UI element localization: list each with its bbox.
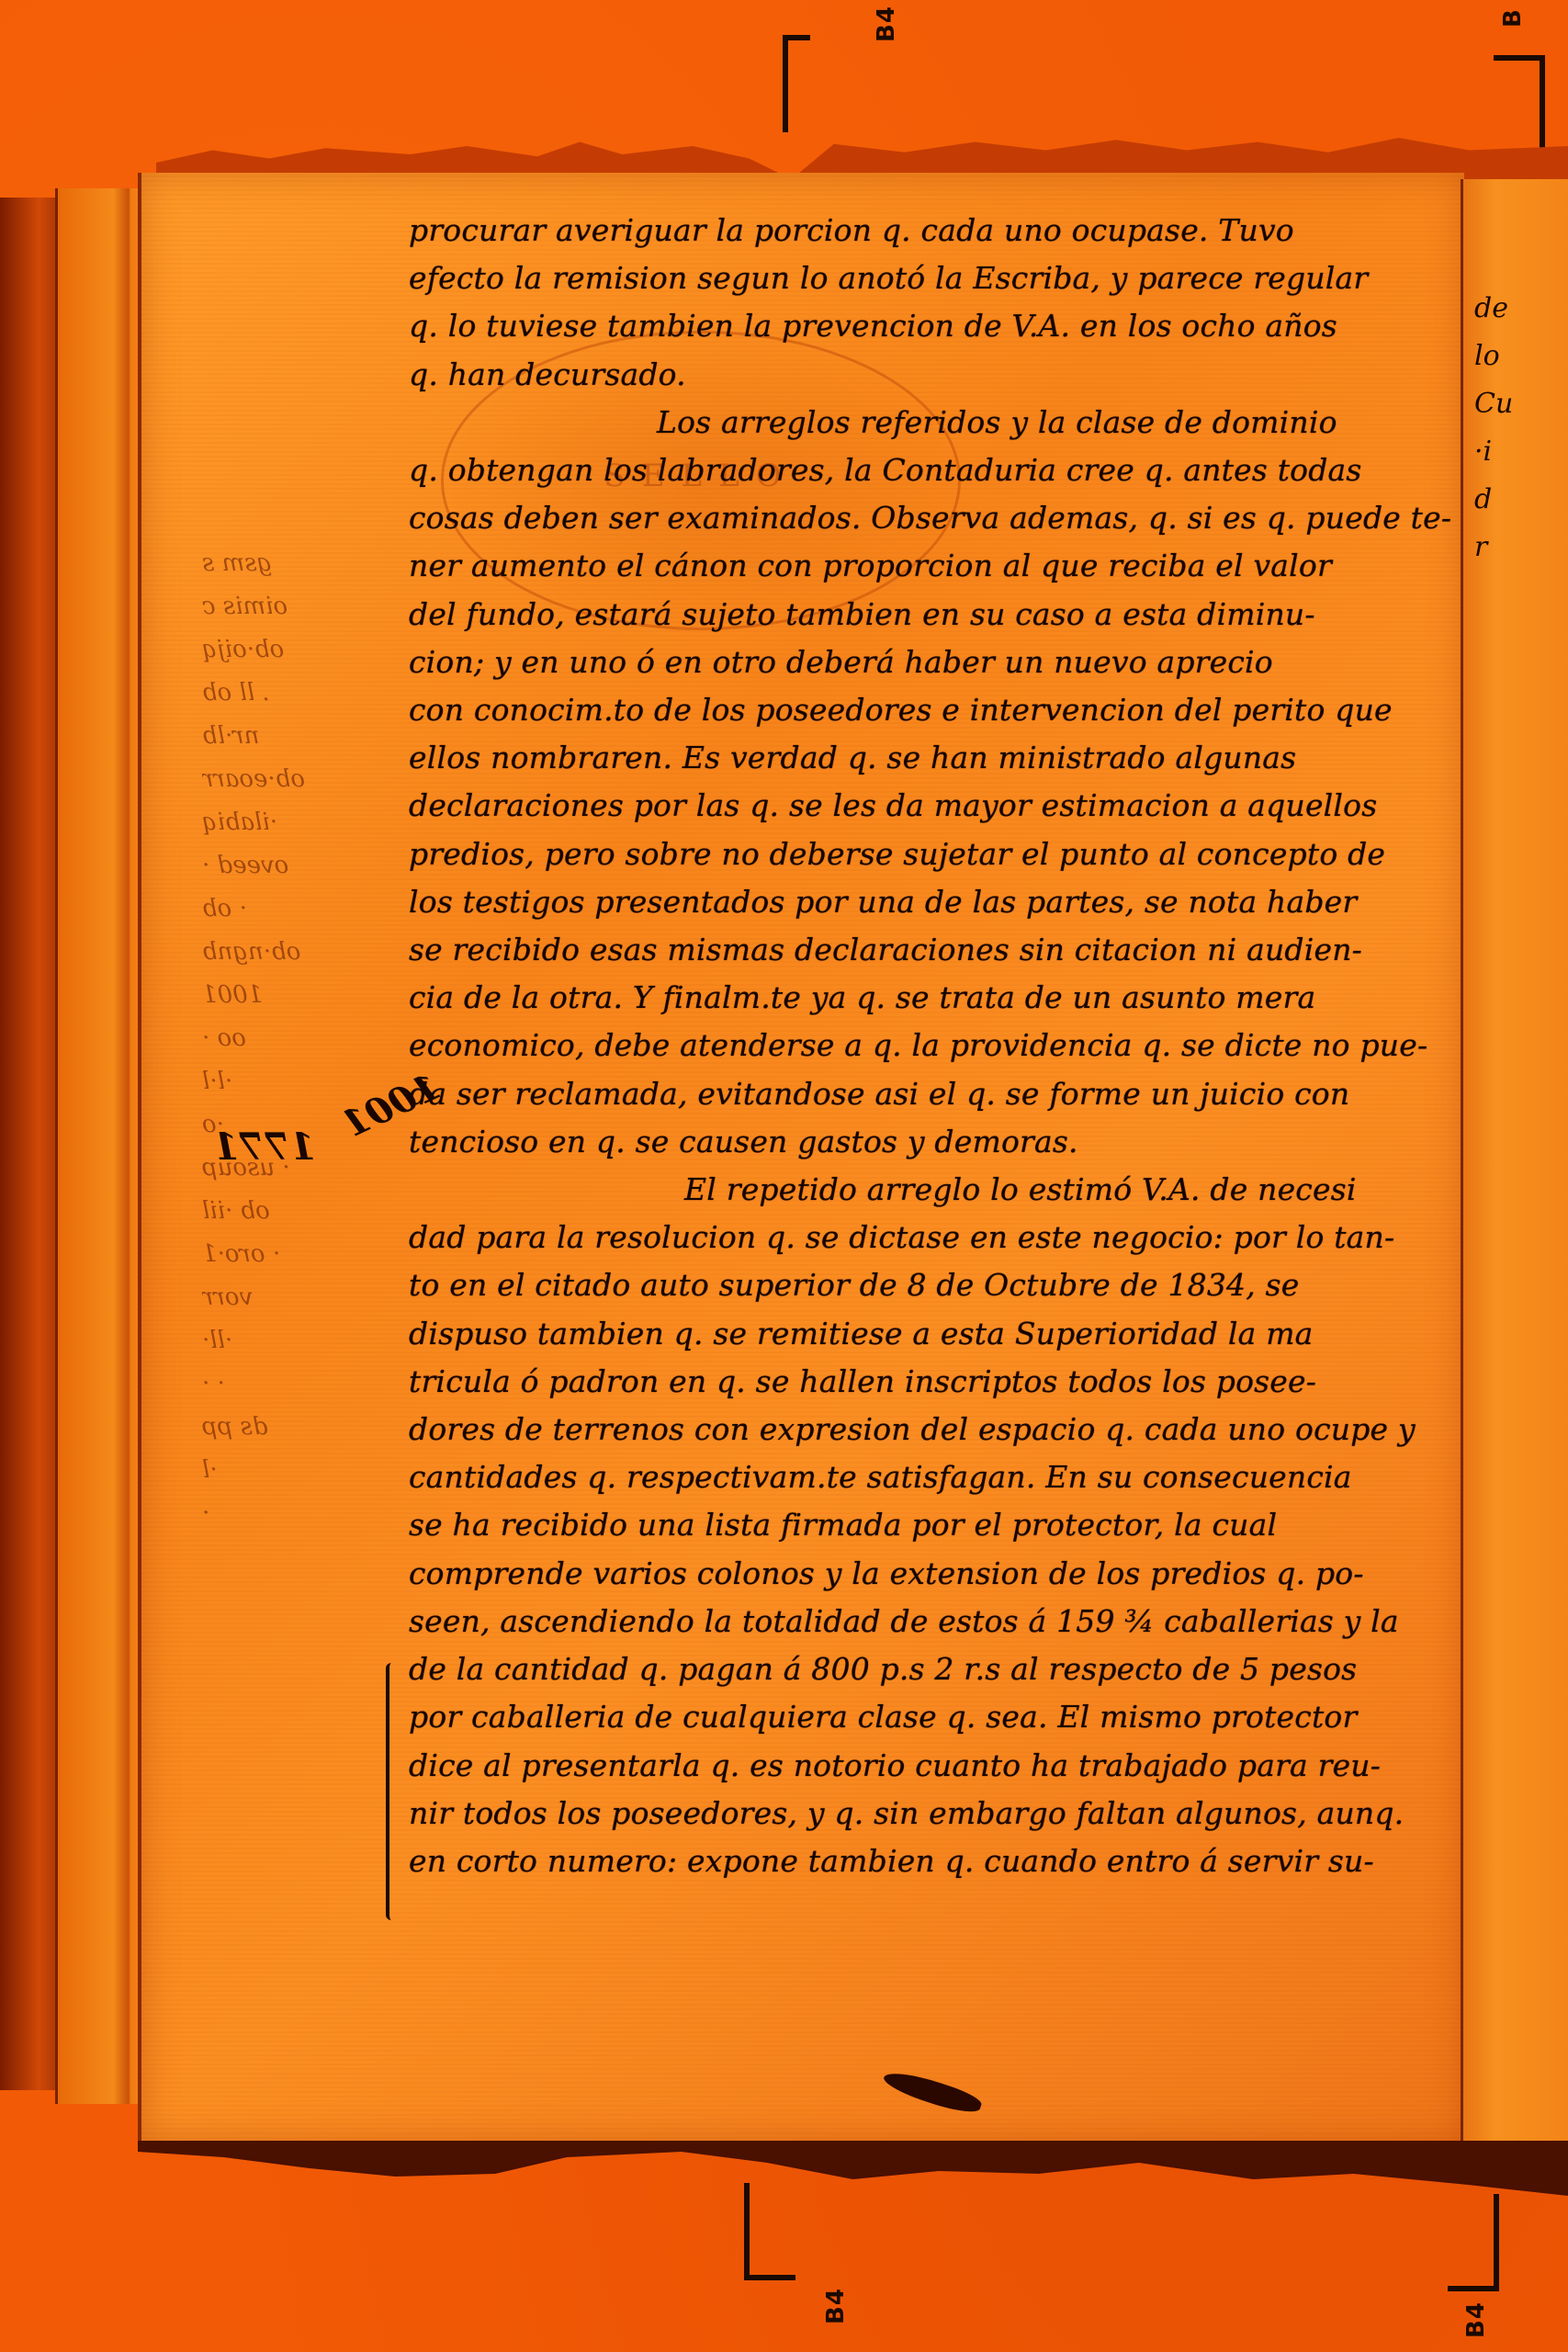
crop-mark-bottom-left: [744, 2183, 795, 2280]
bleed-line: ·l: [202, 1449, 441, 1492]
text-line: dice al presentarla q. es notorio cuanto…: [409, 1742, 1456, 1790]
text-line: cia de la otra. Y finalm.te ya q. se tra…: [409, 974, 1456, 1022]
crop-label-bottom-right: B4: [1462, 2301, 1490, 2338]
text-line: procurar averiguar la porcion q. cada un…: [409, 207, 1456, 254]
bleed-line: ob·oijq: [202, 628, 441, 672]
crop-mark-top-right: [1494, 55, 1545, 153]
bleed-line: gsm s: [202, 542, 441, 585]
text-line: declaraciones por las q. se les da mayor…: [409, 782, 1456, 830]
bleed-line: ds pp: [202, 1406, 441, 1449]
facing-fragment: r: [1474, 524, 1566, 571]
bleed-line: oimis c: [202, 585, 441, 628]
facing-page-text: de lo Cu ·i d r: [1474, 285, 1566, 571]
paragraph-start-line: Los arreglos referidos y la clase de dom…: [409, 399, 1456, 447]
bleed-line: · oro·1: [202, 1233, 441, 1276]
bleed-line: ·: [202, 1492, 441, 1535]
text-line: ellos nombraren. Es verdad q. se han min…: [409, 734, 1456, 782]
facing-fragment: Cu: [1474, 380, 1566, 428]
text-line: dispuso tambien q. se remitiese a esta S…: [409, 1310, 1456, 1358]
bleed-line: vorr: [202, 1276, 441, 1319]
text-line: cion; y en uno ó en otro deberá haber un…: [409, 639, 1456, 686]
bleed-line: · ·: [202, 1363, 441, 1406]
text-line: predios, pero sobre no deberse sujetar e…: [409, 831, 1456, 878]
text-line: ner aumento el cánon con proporcion al q…: [409, 542, 1456, 590]
facing-fragment: lo: [1474, 333, 1566, 380]
manuscript-text: procurar averiguar la porcion q. cada un…: [409, 207, 1456, 1885]
bleed-line: ·ll·: [202, 1319, 441, 1363]
text-line: se ha recibido una lista firmada por el …: [409, 1501, 1456, 1549]
text-line: tencioso en q. se causen gastos y demora…: [409, 1118, 1456, 1166]
text-line: dad para la resolucion q. se dictase en …: [409, 1214, 1456, 1261]
text-line: cantidades q. respectivam.te satisfagan.…: [409, 1453, 1456, 1501]
bleed-line: ob ·iil: [202, 1190, 441, 1233]
bleed-line: ob·eoarr: [202, 758, 441, 801]
bleed-line: · ob: [202, 888, 441, 931]
text-line: economico, debe atenderse a q. la provid…: [409, 1022, 1456, 1069]
facing-fragment: d: [1474, 476, 1566, 524]
facing-fragment: ·i: [1474, 428, 1566, 476]
crop-label-top-right: B: [1499, 8, 1527, 28]
text-line: de la cantidad q. pagan á 800 p.s 2 r.s …: [409, 1645, 1456, 1693]
text-line: nir todos los poseedores, y q. sin embar…: [409, 1790, 1456, 1837]
crop-label-top-left: B4: [873, 6, 900, 42]
bleed-line: ·ilabiq: [202, 801, 441, 844]
crop-mark-bottom-right: [1448, 2194, 1499, 2291]
bleed-line: nr·lb: [202, 715, 441, 758]
text-line: con conocim.to de los poseedores e inter…: [409, 686, 1456, 734]
text-line: del fundo, estará sujeto tambien en su c…: [409, 591, 1456, 639]
paragraph-start-line: El repetido arreglo lo estimó V.A. de ne…: [409, 1166, 1456, 1214]
text-line: da ser reclamada, evitandose asi el q. s…: [409, 1070, 1456, 1118]
text-line: q. obtengan los labradores, la Contaduri…: [409, 447, 1456, 494]
margin-number: 1771: [213, 1125, 315, 1169]
margin-bracket: [386, 1663, 399, 1920]
bleed-line: ob·ngnb: [202, 931, 441, 974]
facing-fragment: de: [1474, 285, 1566, 333]
text-line: seen, ascendiendo la totalidad de estos …: [409, 1598, 1456, 1645]
text-line: efecto la remision segun lo anotó la Esc…: [409, 254, 1456, 302]
text-line: en corto numero: expone tambien q. cuand…: [409, 1837, 1456, 1885]
text-line: por caballeria de cualquiera clase q. se…: [409, 1693, 1456, 1741]
crop-mark-top-left: [783, 35, 810, 132]
bleed-through-text: gsm soimis cob·oijq. ll obnr·lbob·eoarr·…: [202, 542, 441, 1535]
bleed-line: . ll ob: [202, 672, 441, 715]
text-line: to en el citado auto superior de 8 de Oc…: [409, 1261, 1456, 1309]
text-line: q. han decursado.: [409, 351, 1456, 399]
bleed-line: 1001: [202, 974, 441, 1017]
text-line: dores de terrenos con expresion del espa…: [409, 1406, 1456, 1453]
text-line: se recibido esas mismas declaraciones si…: [409, 926, 1456, 974]
bleed-line: oo ·: [202, 1017, 441, 1060]
book-spine: [0, 198, 55, 2090]
bleed-line: oveed ·: [202, 844, 441, 888]
text-line: comprende varios colonos y la extension …: [409, 1550, 1456, 1598]
text-line: cosas deben ser examinados. Observa adem…: [409, 494, 1456, 542]
text-line: tricula ó padron en q. se hallen inscrip…: [409, 1358, 1456, 1406]
text-line: q. lo tuviese tambien la prevencion de V…: [409, 302, 1456, 350]
crop-label-bottom-left: B4: [822, 2288, 850, 2324]
text-line: los testigos presentados por una de las …: [409, 878, 1456, 926]
